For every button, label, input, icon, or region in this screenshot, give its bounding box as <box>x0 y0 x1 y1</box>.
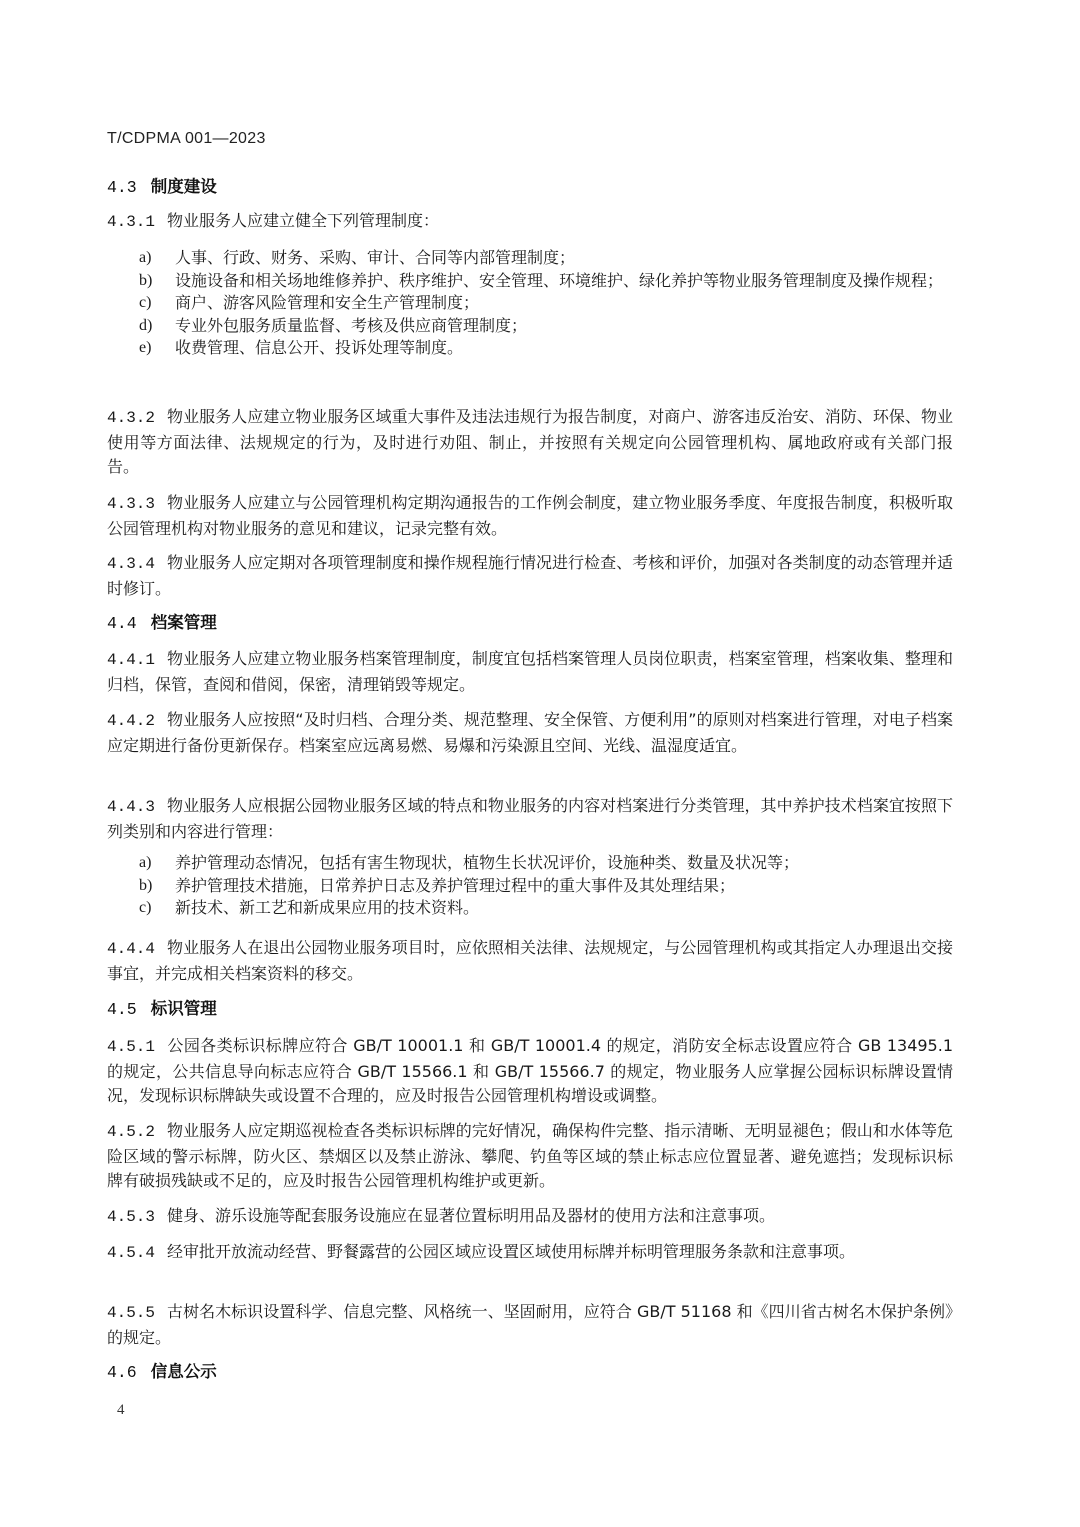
clause-4-5-2: 4.5.2物业服务人应定期巡视检查各类标识标牌的完好情况，确保构件完整、指示清晰… <box>107 1119 953 1194</box>
list-item: b)养护管理技术措施，日常养护日志及养护管理过程中的重大事件及其处理结果； <box>139 875 953 898</box>
list-4-3-1: a)人事、行政、财务、采购、审计、合同等内部管理制度； b)设施设备和相关场地维… <box>139 247 953 360</box>
clause-number: 4.4.3 <box>107 798 155 816</box>
clause-text: 古树名木标识设置科学、信息完整、风格统一、坚固耐用，应符合 GB/T 51168… <box>107 1302 953 1347</box>
list-item: d)专业外包服务质量监督、考核及供应商管理制度； <box>139 315 953 338</box>
clause-number: 4.3.4 <box>107 555 155 573</box>
section-title: 信息公示 <box>151 1362 217 1381</box>
clause-text: 物业服务人应建立健全下列管理制度： <box>167 211 439 230</box>
clause-4-3-1: 4.3.1物业服务人应建立健全下列管理制度： <box>107 209 953 235</box>
clause-number: 4.4.2 <box>107 712 155 730</box>
clause-number: 4.3.3 <box>107 495 155 513</box>
clause-4-5-5: 4.5.5古树名木标识设置科学、信息完整、风格统一、坚固耐用，应符合 GB/T … <box>107 1300 953 1350</box>
section-heading-4-6: 4.6信息公示 <box>107 1360 953 1386</box>
section-heading-4-4: 4.4档案管理 <box>107 611 953 637</box>
section-title: 制度建设 <box>151 177 217 196</box>
standard-code: T/CDPMA 001—2023 <box>107 130 266 148</box>
clause-number: 4.5.2 <box>107 1123 155 1141</box>
clause-number: 4.3.2 <box>107 409 155 427</box>
section-number: 4.6 <box>107 1363 137 1382</box>
clause-4-4-2: 4.4.2物业服务人应按照“及时归档、合理分类、规范整理、安全保管、方便利用”的… <box>107 708 953 758</box>
clause-number: 4.4.1 <box>107 651 155 669</box>
clause-number: 4.5.1 <box>107 1038 155 1056</box>
clause-number: 4.5.3 <box>107 1208 155 1226</box>
list-item: b)设施设备和相关场地维修养护、秩序维护、安全管理、环境维护、绿化养护等物业服务… <box>139 270 953 293</box>
clause-4-4-1: 4.4.1物业服务人应建立物业服务档案管理制度，制度宜包括档案管理人员岗位职责，… <box>107 647 953 697</box>
list-4-4-3: a)养护管理动态情况，包括有害生物现状，植物生长状况评价，设施种类、数量及状况等… <box>139 852 953 920</box>
clause-text: 物业服务人在退出公园物业服务项目时，应依照相关法律、法规规定，与公园管理机构或其… <box>107 938 953 983</box>
clause-text: 物业服务人应建立物业服务档案管理制度，制度宜包括档案管理人员岗位职责，档案室管理… <box>107 649 953 694</box>
list-item: c)商户、游客风险管理和安全生产管理制度； <box>139 292 953 315</box>
clause-text: 物业服务人应定期对各项管理制度和操作规程施行情况进行检查、考核和评价，加强对各类… <box>107 553 953 598</box>
clause-text: 经审批开放流动经营、野餐露营的公园区域应设置区域使用标牌并标明管理服务条款和注意… <box>167 1242 855 1261</box>
section-number: 4.3 <box>107 178 137 197</box>
list-item: a)养护管理动态情况，包括有害生物现状，植物生长状况评价，设施种类、数量及状况等… <box>139 852 953 875</box>
clause-text: 物业服务人应根据公园物业服务区域的特点和物业服务的内容对档案进行分类管理，其中养… <box>107 796 953 841</box>
clause-text: 物业服务人应建立与公园管理机构定期沟通报告的工作例会制度，建立物业服务季度、年度… <box>107 493 953 538</box>
clause-4-3-2: 4.3.2物业服务人应建立物业服务区域重大事件及违法违规行为报告制度，对商户、游… <box>107 405 953 480</box>
clause-number: 4.3.1 <box>107 213 155 231</box>
clause-text: 健身、游乐设施等配套服务设施应在显著位置标明用品及器材的使用方法和注意事项。 <box>167 1206 775 1225</box>
clause-4-4-4: 4.4.4物业服务人在退出公园物业服务项目时，应依照相关法律、法规规定，与公园管… <box>107 936 953 986</box>
clause-text: 物业服务人应定期巡视检查各类标识标牌的完好情况，确保构件完整、指示清晰、无明显褪… <box>107 1121 953 1190</box>
section-heading-4-5: 4.5标识管理 <box>107 997 953 1023</box>
clause-4-5-1: 4.5.1公园各类标识标牌应符合 GB/T 10001.1 和 GB/T 100… <box>107 1034 953 1109</box>
list-item: e)收费管理、信息公开、投诉处理等制度。 <box>139 337 953 360</box>
clause-4-3-3: 4.3.3物业服务人应建立与公园管理机构定期沟通报告的工作例会制度，建立物业服务… <box>107 491 953 541</box>
clause-number: 4.5.5 <box>107 1304 155 1322</box>
section-heading-4-3: 4.3制度建设 <box>107 175 953 201</box>
section-title: 标识管理 <box>151 999 217 1018</box>
section-number: 4.4 <box>107 614 137 633</box>
section-title: 档案管理 <box>151 613 217 632</box>
section-number: 4.5 <box>107 1000 137 1019</box>
list-item: c)新技术、新工艺和新成果应用的技术资料。 <box>139 897 953 920</box>
clause-4-5-4: 4.5.4经审批开放流动经营、野餐露营的公园区域应设置区域使用标牌并标明管理服务… <box>107 1240 953 1266</box>
clause-4-3-4: 4.3.4物业服务人应定期对各项管理制度和操作规程施行情况进行检查、考核和评价，… <box>107 551 953 601</box>
clause-4-5-3: 4.5.3健身、游乐设施等配套服务设施应在显著位置标明用品及器材的使用方法和注意… <box>107 1204 953 1230</box>
clause-number: 4.4.4 <box>107 940 155 958</box>
clause-number: 4.5.4 <box>107 1244 155 1262</box>
list-item: a)人事、行政、财务、采购、审计、合同等内部管理制度； <box>139 247 953 270</box>
page-number: 4 <box>117 1402 125 1419</box>
clause-text: 物业服务人应建立物业服务区域重大事件及违法违规行为报告制度，对商户、游客违反治安… <box>107 407 953 476</box>
clause-text: 物业服务人应按照“及时归档、合理分类、规范整理、安全保管、方便利用”的原则对档案… <box>107 710 953 755</box>
clause-text: 公园各类标识标牌应符合 GB/T 10001.1 和 GB/T 10001.4 … <box>107 1036 953 1105</box>
clause-4-4-3: 4.4.3物业服务人应根据公园物业服务区域的特点和物业服务的内容对档案进行分类管… <box>107 794 953 844</box>
